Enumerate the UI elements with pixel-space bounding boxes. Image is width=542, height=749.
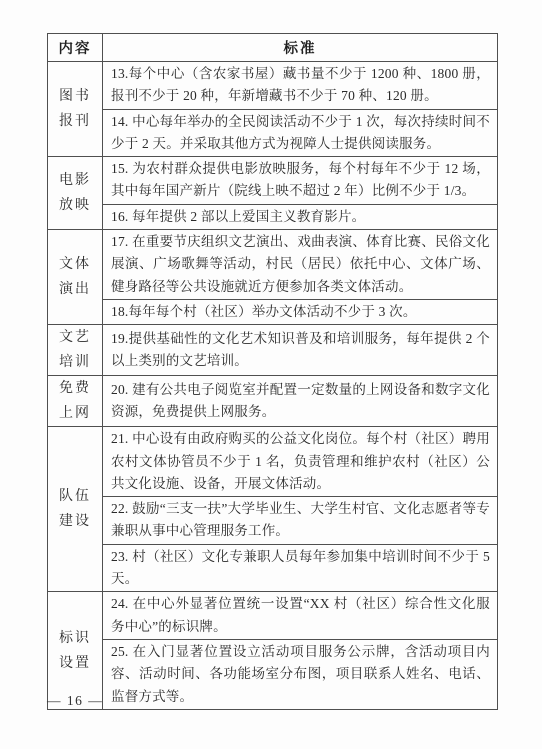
table-row: 25. 在入门显著位置设立活动项目服务公示牌，含活动项目内容、活动时间、各功能场… — [48, 639, 498, 709]
table-row: 14. 中心每年举办的全民阅读活动不少于 1 次，每次持续时间不少于 2 天。并… — [48, 109, 498, 157]
standard-cell-24: 24. 在中心外显著位置统一设置“XX 村（社区）综合性文化服务中心”的标识牌。 — [103, 592, 498, 640]
standard-cell-16: 16. 每年提供 2 部以上爱国主义教育影片。 — [103, 204, 498, 229]
category-cell-arts-training: 文艺 培训 — [48, 325, 103, 376]
table-row: 18.每年每个村（社区）举办文体活动不少于 3 次。 — [48, 299, 498, 324]
category-cell-team-building: 队伍 建设 — [48, 427, 103, 592]
category-cell-signage-setup: 标识 设置 — [48, 592, 103, 709]
table-row: 16. 每年提供 2 部以上爱国主义教育影片。 — [48, 204, 498, 229]
document-page: 内容 标准 图书 报刊 13.每个中心（含农家书屋）藏书量不少于 1200 种、… — [0, 0, 542, 749]
standards-table: 内容 标准 图书 报刊 13.每个中心（含农家书屋）藏书量不少于 1200 种、… — [47, 33, 498, 710]
category-cell-books-periodicals: 图书 报刊 — [48, 62, 103, 157]
category-cell-cultural-sports-performance: 文体 演出 — [48, 230, 103, 325]
table-row: 文艺 培训 19.提供基础性的文化艺术知识普及和培训服务，每年提供 2 个以上类… — [48, 325, 498, 376]
table-row: 文体 演出 17. 在重要节庆组织文艺演出、戏曲表演、体育比赛、民俗文化展演、广… — [48, 230, 498, 300]
standard-cell-20: 20. 建有公共电子阅览室并配置一定数量的上网设备和数字文化资源，免费提供上网服… — [103, 376, 498, 427]
standard-cell-15: 15. 为农村群众提供电影放映服务，每个村每年不少于 12 场，其中每年国产新片… — [103, 157, 498, 205]
table-row: 23. 村（社区）文化专兼职人员每年参加集中培训时间不少于 5 天。 — [48, 544, 498, 592]
standard-cell-21: 21. 中心设有由政府购买的公益文化岗位。每个村（社区）聘用农村文体协管员不少于… — [103, 427, 498, 497]
table-row: 标识 设置 24. 在中心外显著位置统一设置“XX 村（社区）综合性文化服务中心… — [48, 592, 498, 640]
standard-cell-22: 22. 鼓励“三支一扶”大学毕业生、大学生村官、文化志愿者等专兼职从事中心管理服… — [103, 497, 498, 545]
table-row: 电影 放映 15. 为农村群众提供电影放映服务，每个村每年不少于 12 场，其中… — [48, 157, 498, 205]
standard-cell-13: 13.每个中心（含农家书屋）藏书量不少于 1200 种、1800 册，报刊不少于… — [103, 62, 498, 110]
category-cell-free-internet: 免费 上网 — [48, 376, 103, 427]
standard-cell-25: 25. 在入门显著位置设立活动项目服务公示牌，含活动项目内容、活动时间、各功能场… — [103, 639, 498, 709]
table-row: 22. 鼓励“三支一扶”大学毕业生、大学生村官、文化志愿者等专兼职从事中心管理服… — [48, 497, 498, 545]
standard-cell-17: 17. 在重要节庆组织文艺演出、戏曲表演、体育比赛、民俗文化展演、广场歌舞等活动… — [103, 230, 498, 300]
table-row: 图书 报刊 13.每个中心（含农家书屋）藏书量不少于 1200 种、1800 册… — [48, 62, 498, 110]
page-number: — 16 — — [47, 693, 103, 709]
standard-cell-19: 19.提供基础性的文化艺术知识普及和培训服务，每年提供 2 个以上类别的文艺培训… — [103, 325, 498, 376]
category-cell-film-screening: 电影 放映 — [48, 157, 103, 230]
header-content: 内容 — [48, 34, 103, 62]
table-row: 队伍 建设 21. 中心设有由政府购买的公益文化岗位。每个村（社区）聘用农村文体… — [48, 427, 498, 497]
standard-cell-14: 14. 中心每年举办的全民阅读活动不少于 1 次，每次持续时间不少于 2 天。并… — [103, 109, 498, 157]
standard-cell-23: 23. 村（社区）文化专兼职人员每年参加集中培训时间不少于 5 天。 — [103, 544, 498, 592]
standard-cell-18: 18.每年每个村（社区）举办文体活动不少于 3 次。 — [103, 299, 498, 324]
table-header-row: 内容 标准 — [48, 34, 498, 62]
header-standard: 标准 — [103, 34, 498, 62]
table-row: 免费 上网 20. 建有公共电子阅览室并配置一定数量的上网设备和数字文化资源，免… — [48, 376, 498, 427]
